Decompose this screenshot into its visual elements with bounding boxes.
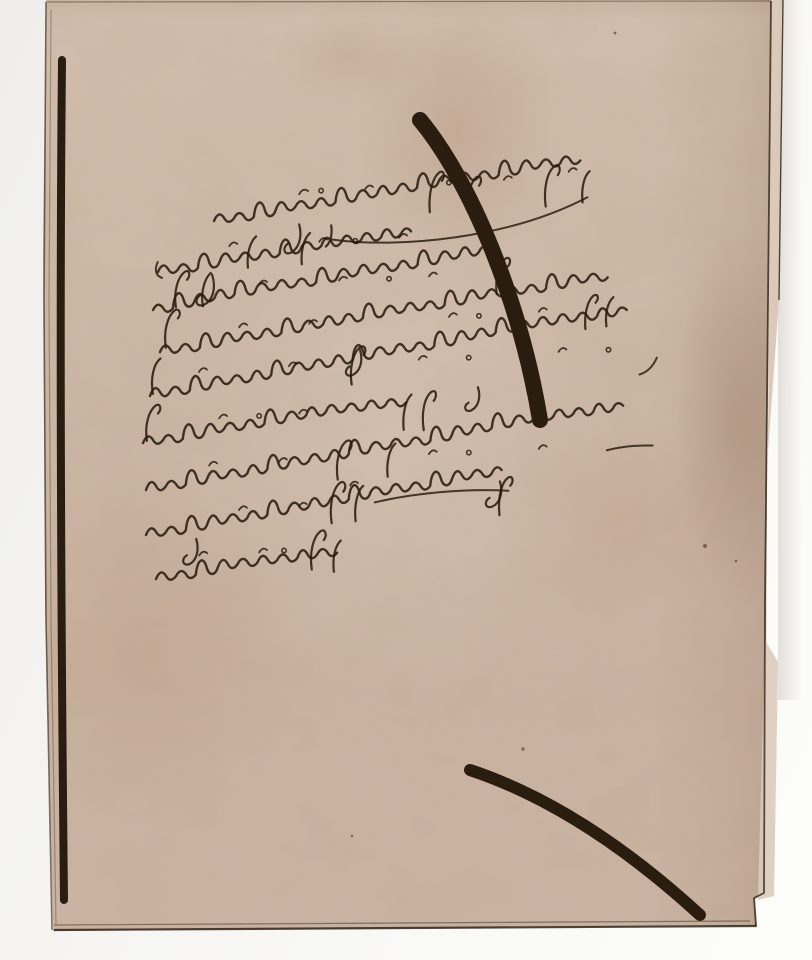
paper-texture	[0, 0, 812, 960]
scanned-document	[0, 0, 812, 960]
scanner-shadow	[778, 0, 808, 700]
under-sheet-edge	[779, 0, 783, 300]
paper-sheet	[0, 0, 812, 960]
